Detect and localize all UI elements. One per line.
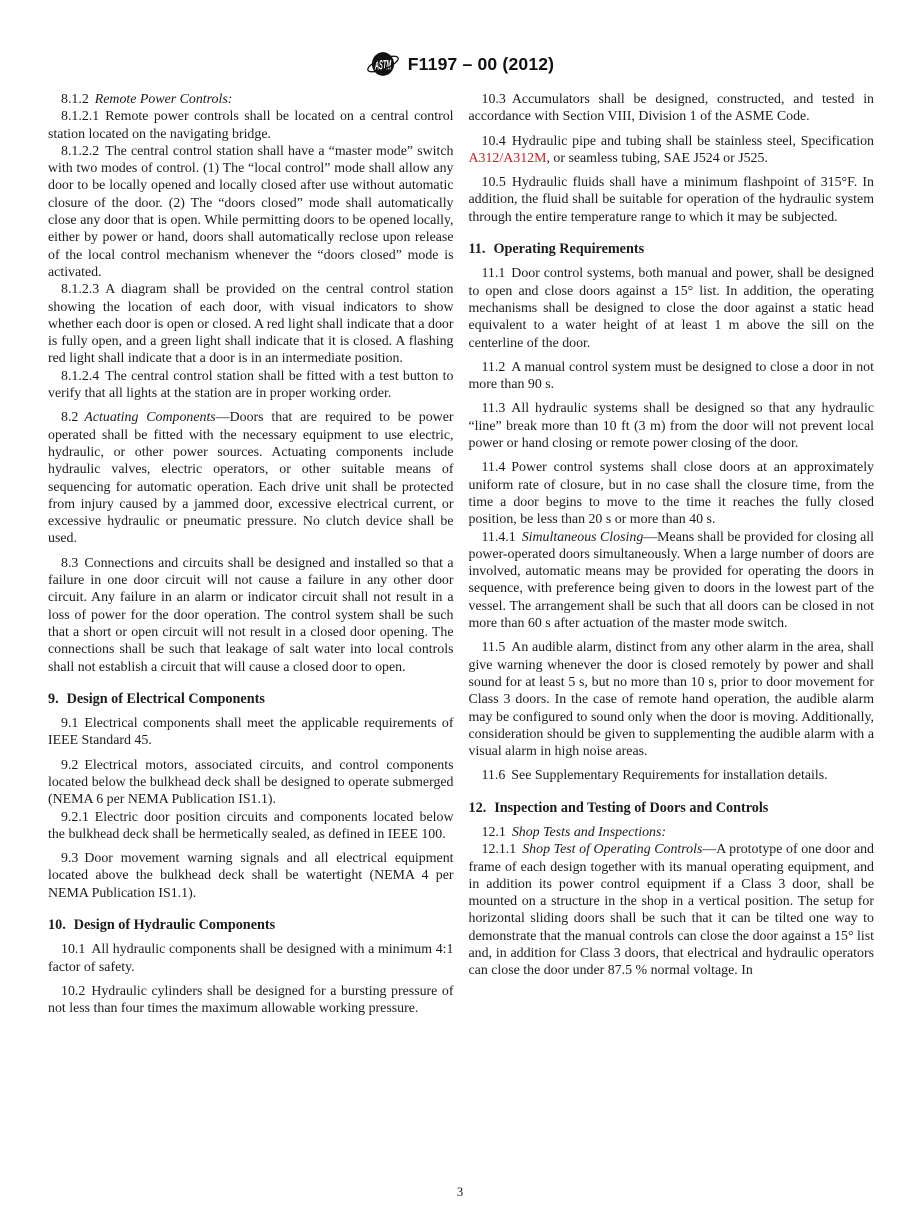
paragraph-11-2: 11.2A manual control system must be desi… bbox=[469, 359, 875, 394]
paragraph-9-3: 9.3Door movement warning signals and all… bbox=[48, 850, 454, 902]
paragraph-10-2: 10.2Hydraulic cylinders shall be designe… bbox=[48, 983, 454, 1018]
paragraph-11-4: 11.4Power control systems shall close do… bbox=[469, 459, 875, 528]
section-heading-11: 11.Operating Requirements bbox=[469, 241, 875, 258]
paragraph-12-1-1: 12.1.1Shop Test of Operating Controls—A … bbox=[469, 841, 875, 979]
paragraph-9-2-1: 9.2.1Electric door position circuits and… bbox=[48, 809, 454, 844]
section-heading-10: 10.Design of Hydraulic Components bbox=[48, 917, 454, 934]
right-column: 10.3Accumulators shall be designed, cons… bbox=[469, 91, 875, 1018]
section-heading-9: 9.Design of Electrical Components bbox=[48, 691, 454, 708]
paragraph-11-3: 11.3All hydraulic systems shall be desig… bbox=[469, 400, 875, 452]
paragraph-11-5: 11.5An audible alarm, distinct from any … bbox=[469, 639, 875, 760]
italic-label: Simultaneous Closing bbox=[522, 530, 644, 545]
document-page: ASTM F1197 – 00 (2012) 8.1.2Remote Power… bbox=[0, 0, 920, 1232]
page-footer: 3 bbox=[0, 1184, 920, 1200]
paragraph-8-1-2-1: 8.1.2.1Remote power controls shall be lo… bbox=[48, 108, 454, 143]
paragraph-8-2: 8.2Actuating Components—Doors that are r… bbox=[48, 409, 454, 547]
italic-label: Remote Power Controls: bbox=[95, 92, 233, 107]
paragraph-10-4: 10.4Hydraulic pipe and tubing shall be s… bbox=[469, 133, 875, 168]
paragraph-12-1: 12.1Shop Tests and Inspections: bbox=[469, 824, 875, 841]
doc-designation: F1197 – 00 (2012) bbox=[408, 54, 554, 75]
left-column: 8.1.2Remote Power Controls: 8.1.2.1Remot… bbox=[48, 91, 454, 1018]
paragraph-11-6: 11.6See Supplementary Requirements for i… bbox=[469, 767, 875, 784]
paragraph-11-1: 11.1Door control systems, both manual an… bbox=[469, 265, 875, 351]
paragraph-9-2: 9.2Electrical motors, associated circuit… bbox=[48, 757, 454, 809]
paragraph-10-5: 10.5Hydraulic fluids shall have a minimu… bbox=[469, 174, 875, 226]
section-heading-12: 12.Inspection and Testing of Doors and C… bbox=[469, 800, 875, 817]
italic-label: Shop Test of Operating Controls bbox=[522, 842, 702, 857]
paragraph-8-1-2-4: 8.1.2.4The central control station shall… bbox=[48, 368, 454, 403]
paragraph-8-1-2-2: 8.1.2.2The central control station shall… bbox=[48, 143, 454, 281]
italic-label: Shop Tests and Inspections: bbox=[512, 825, 666, 840]
paragraph-10-3: 10.3Accumulators shall be designed, cons… bbox=[469, 91, 875, 126]
paragraph-11-4-1: 11.4.1Simultaneous Closing—Means shall b… bbox=[469, 529, 875, 633]
astm-logo-icon: ASTM bbox=[366, 48, 400, 80]
spec-a312-link[interactable]: A312/A312M bbox=[469, 151, 547, 166]
page-header: ASTM F1197 – 00 (2012) bbox=[0, 48, 920, 80]
paragraph-8-3: 8.3Connections and circuits shall be des… bbox=[48, 555, 454, 676]
two-column-body: 8.1.2Remote Power Controls: 8.1.2.1Remot… bbox=[48, 91, 874, 1018]
paragraph-10-1: 10.1All hydraulic components shall be de… bbox=[48, 941, 454, 976]
paragraph-8-1-2-3: 8.1.2.3A diagram shall be provided on th… bbox=[48, 281, 454, 367]
paragraph-8-1-2: 8.1.2Remote Power Controls: bbox=[48, 91, 454, 108]
paragraph-9-1: 9.1Electrical components shall meet the … bbox=[48, 715, 454, 750]
italic-label: Actuating Components bbox=[84, 410, 215, 425]
page-number: 3 bbox=[457, 1184, 464, 1199]
